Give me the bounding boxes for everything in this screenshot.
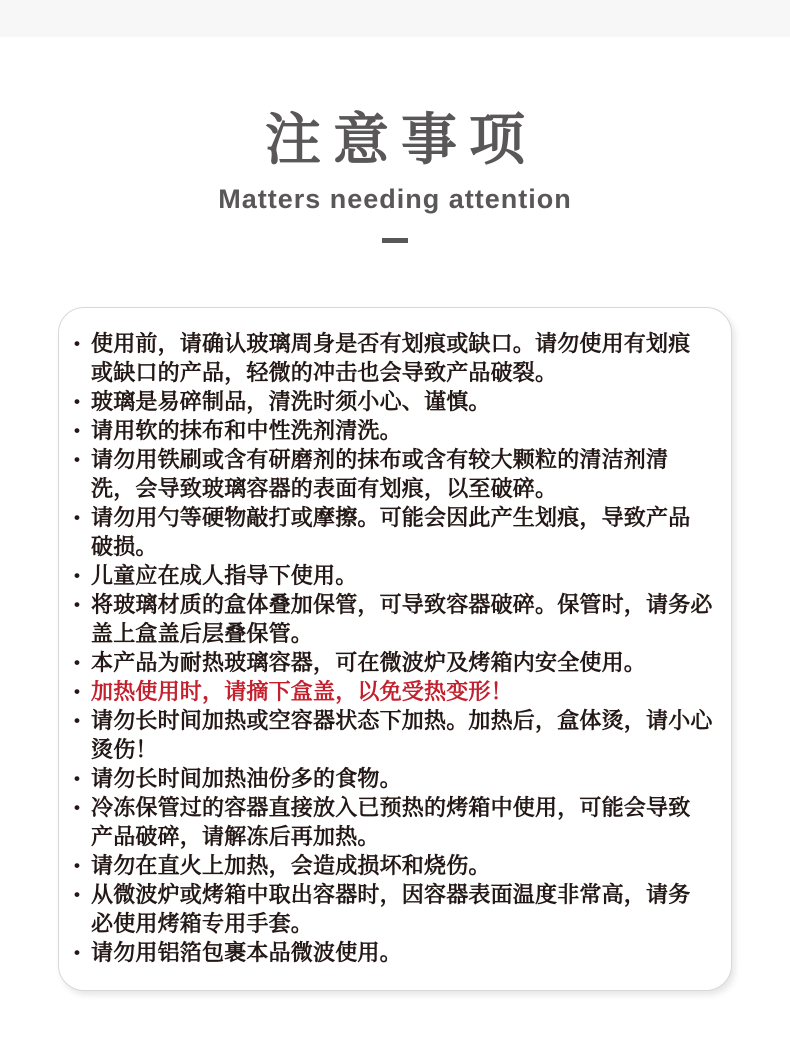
notice-item: • 玻璃是易碎制品，清洗时须小心、谨慎。 xyxy=(74,387,719,416)
notice-item: • 儿童应在成人指导下使用。 xyxy=(74,561,719,590)
notice-item-text: 儿童应在成人指导下使用。 xyxy=(91,561,357,590)
bullet-marker: • xyxy=(74,793,91,822)
notice-box: • 使用前，请确认玻璃周身是否有划痕或缺口。请勿使用有划痕 或缺口的产品，轻微的… xyxy=(58,307,732,991)
page-title: 注意事项 xyxy=(0,107,790,173)
notice-item-text: 请用软的抹布和中性洗剂清洗。 xyxy=(91,416,402,445)
notice-item: • 使用前，请确认玻璃周身是否有划痕或缺口。请勿使用有划痕 或缺口的产品，轻微的… xyxy=(74,329,719,387)
notice-item: • 请勿用铁刷或含有研磨剂的抹布或含有较大颗粒的清洁剂清 洗，会导致玻璃容器的表… xyxy=(74,445,719,503)
divider-dash xyxy=(382,238,408,243)
bullet-marker: • xyxy=(74,677,91,706)
notice-item-text: 请勿长时间加热或空容器状态下加热。加热后，盒体烫，请小心 烫伤！ xyxy=(91,706,713,764)
notice-item-text: 请勿用铁刷或含有研磨剂的抹布或含有较大颗粒的清洁剂清 洗，会导致玻璃容器的表面有… xyxy=(91,445,668,503)
bullet-marker: • xyxy=(74,648,91,677)
notice-item: • 请用软的抹布和中性洗剂清洗。 xyxy=(74,416,719,445)
bullet-marker: • xyxy=(74,416,91,445)
notice-item: • 请勿用铝箔包裹本品微波使用。 xyxy=(74,938,719,967)
bullet-marker: • xyxy=(74,503,91,532)
notice-item-warning: • 加热使用时，请摘下盒盖，以免受热变形！ xyxy=(74,677,719,706)
notice-item: • 请勿长时间加热油份多的食物。 xyxy=(74,764,719,793)
notice-item-text: 玻璃是易碎制品，清洗时须小心、谨慎。 xyxy=(91,387,491,416)
notice-item: • 将玻璃材质的盒体叠加保管，可导致容器破碎。保管时，请务必 盖上盒盖后层叠保管… xyxy=(74,590,719,648)
top-separator-band xyxy=(0,0,790,37)
notice-item: • 冷冻保管过的容器直接放入已预热的烤箱中使用，可能会导致 产品破碎，请解冻后再… xyxy=(74,793,719,851)
bullet-marker: • xyxy=(74,590,91,619)
bullet-marker: • xyxy=(74,561,91,590)
notice-item: • 请勿用勺等硬物敲打或摩擦。可能会因此产生划痕，导致产品 破损。 xyxy=(74,503,719,561)
notice-item-text: 请勿用勺等硬物敲打或摩擦。可能会因此产生划痕，导致产品 破损。 xyxy=(91,503,690,561)
page-subtitle: Matters needing attention xyxy=(0,183,790,217)
notice-item: • 请勿长时间加热或空容器状态下加热。加热后，盒体烫，请小心 烫伤！ xyxy=(74,706,719,764)
bullet-marker: • xyxy=(74,764,91,793)
notice-item-text: 请勿用铝箔包裹本品微波使用。 xyxy=(91,938,402,967)
notice-item-text: 请勿在直火上加热，会造成损坏和烧伤。 xyxy=(91,851,491,880)
notice-item-text: 加热使用时，请摘下盒盖，以免受热变形！ xyxy=(91,677,513,706)
page-header: 注意事项 Matters needing attention xyxy=(0,107,790,243)
notice-item-text: 冷冻保管过的容器直接放入已预热的烤箱中使用，可能会导致 产品破碎，请解冻后再加热… xyxy=(91,793,690,851)
notice-item-text: 从微波炉或烤箱中取出容器时，因容器表面温度非常高，请务 必使用烤箱专用手套。 xyxy=(91,880,690,938)
notice-item-text: 请勿长时间加热油份多的食物。 xyxy=(91,764,402,793)
bullet-marker: • xyxy=(74,445,91,474)
notice-item: • 本产品为耐热玻璃容器，可在微波炉及烤箱内安全使用。 xyxy=(74,648,719,677)
notice-item-text: 本产品为耐热玻璃容器，可在微波炉及烤箱内安全使用。 xyxy=(91,648,646,677)
bullet-marker: • xyxy=(74,329,91,358)
bullet-marker: • xyxy=(74,851,91,880)
notice-item: • 请勿在直火上加热，会造成损坏和烧伤。 xyxy=(74,851,719,880)
bullet-marker: • xyxy=(74,706,91,735)
notice-item: • 从微波炉或烤箱中取出容器时，因容器表面温度非常高，请务 必使用烤箱专用手套。 xyxy=(74,880,719,938)
notice-list: • 使用前，请确认玻璃周身是否有划痕或缺口。请勿使用有划痕 或缺口的产品，轻微的… xyxy=(74,329,719,967)
bullet-marker: • xyxy=(74,387,91,416)
bullet-marker: • xyxy=(74,880,91,909)
notice-item-text: 将玻璃材质的盒体叠加保管，可导致容器破碎。保管时，请务必 盖上盒盖后层叠保管。 xyxy=(91,590,713,648)
notice-item-text: 使用前，请确认玻璃周身是否有划痕或缺口。请勿使用有划痕 或缺口的产品，轻微的冲击… xyxy=(91,329,690,387)
bullet-marker: • xyxy=(74,938,91,967)
